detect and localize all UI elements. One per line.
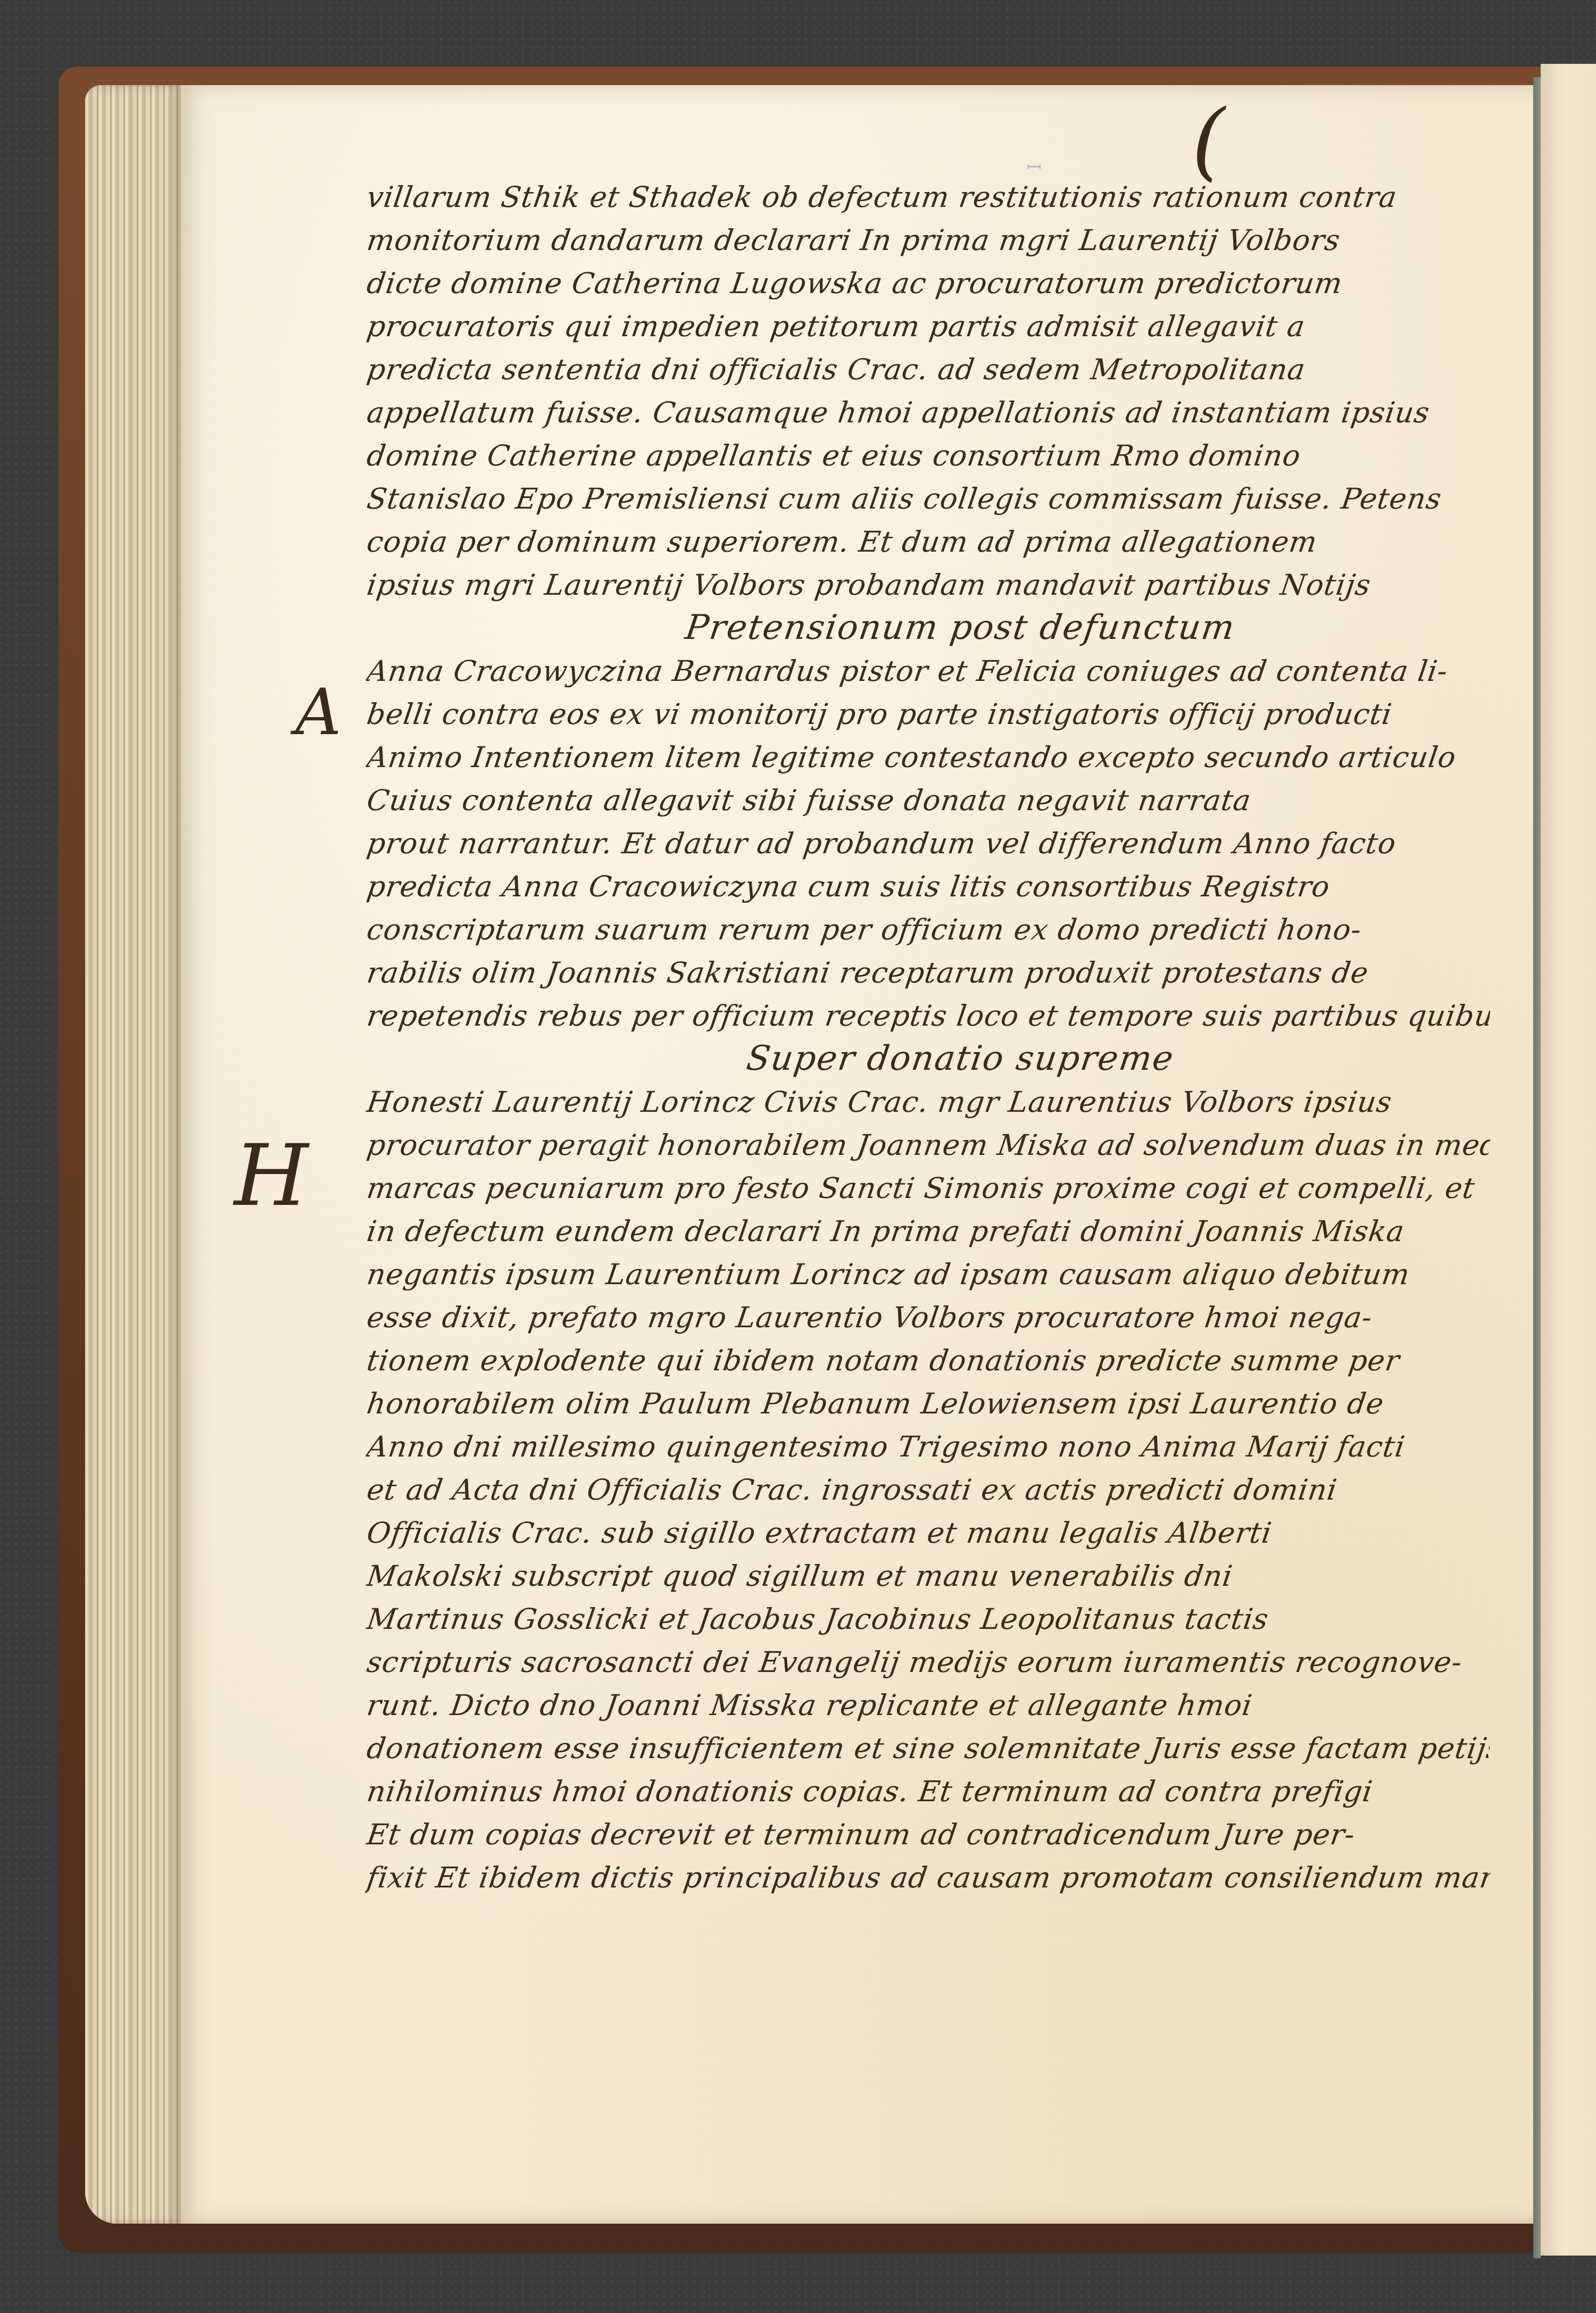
text-line: domine Catherine appellantis et eius con… bbox=[364, 434, 1492, 477]
margin-bracket-mark: ( bbox=[1192, 90, 1225, 190]
decorated-initial-h: H bbox=[234, 1133, 309, 1218]
text-line: Honesti Laurentij Lorincz Civis Crac. mg… bbox=[364, 1080, 1492, 1124]
text-line: negantis ipsum Laurentium Lorincz ad ips… bbox=[364, 1253, 1492, 1296]
text-line: scripturis sacrosancti dei Evangelij med… bbox=[364, 1641, 1492, 1684]
text-line: Anna Cracowyczina Bernardus pistor et Fe… bbox=[364, 650, 1492, 693]
section-3: Super donatio supreme Honesti Laurentij … bbox=[367, 1037, 1490, 1899]
text-line: predicta Anna Cracowiczyna cum suis liti… bbox=[364, 865, 1492, 908]
section-heading: Pretensionum post defunctum bbox=[364, 606, 1492, 650]
text-line: marcas pecuniarum pro festo Sancti Simon… bbox=[364, 1167, 1492, 1210]
text-line: fixit Et ibidem dictis principalibus ad … bbox=[364, 1856, 1492, 1899]
text-line: Makolski subscript quod sigillum et manu… bbox=[364, 1554, 1492, 1598]
text-line: repetendis rebus per officium receptis l… bbox=[364, 994, 1492, 1037]
text-line: tionem explodente qui ibidem notam donat… bbox=[364, 1339, 1492, 1382]
section-2: Pretensionum post defunctum Anna Cracowy… bbox=[367, 606, 1490, 1037]
section-heading: Super donatio supreme bbox=[364, 1037, 1492, 1080]
text-line: villarum Sthik et Sthadek ob defectum re… bbox=[364, 176, 1492, 219]
text-line: Cuius contenta allegavit sibi fuisse don… bbox=[364, 779, 1492, 822]
text-line: procuratoris qui impedien petitorum part… bbox=[364, 305, 1492, 348]
manuscript-text: villarum Sthik et Sthadek ob defectum re… bbox=[367, 176, 1490, 1899]
text-line: in defectum eundem declarari In prima pr… bbox=[364, 1210, 1492, 1253]
text-line: runt. Dicto dno Joanni Misska replicante… bbox=[364, 1684, 1492, 1727]
text-line: Animo Intentionem litem legitime contest… bbox=[364, 736, 1492, 779]
book-gutter bbox=[1533, 77, 1541, 2258]
text-line: appellatum fuisse. Causamque hmoi appell… bbox=[364, 391, 1492, 434]
text-line: monitorium dandarum declarari In prima m… bbox=[364, 219, 1492, 262]
text-line: procurator peragit honorabilem Joannem M… bbox=[364, 1124, 1492, 1167]
text-line: Et dum copias decrevit et terminum ad co… bbox=[364, 1813, 1492, 1856]
text-line: Officialis Crac. sub sigillo extractam e… bbox=[364, 1511, 1492, 1554]
text-line: prout narrantur. Et datur ad probandum v… bbox=[364, 822, 1492, 865]
text-line: donationem esse insufficientem et sine s… bbox=[364, 1727, 1492, 1770]
facing-page-edge bbox=[1541, 64, 1596, 2256]
text-line: rabilis olim Joannis Sakristiani recepta… bbox=[364, 951, 1492, 994]
text-line: dicte domine Catherina Lugowska ac procu… bbox=[364, 262, 1492, 305]
text-line: predicta sententia dni officialis Crac. … bbox=[364, 348, 1492, 391]
text-line: Martinus Gosslicki et Jacobus Jacobinus … bbox=[364, 1598, 1492, 1641]
page-fore-edge bbox=[85, 85, 181, 2224]
text-line: belli contra eos ex vi monitorij pro par… bbox=[364, 693, 1492, 736]
text-line: conscriptarum suarum rerum per officium … bbox=[364, 908, 1492, 951]
text-line: honorabilem olim Paulum Plebanum Lelowie… bbox=[364, 1382, 1492, 1425]
section-1: villarum Sthik et Sthadek ob defectum re… bbox=[367, 176, 1490, 606]
text-line: Stanislao Epo Premisliensi cum aliis col… bbox=[364, 477, 1492, 520]
text-line: ipsius mgri Laurentij Volbors probandam … bbox=[364, 563, 1492, 606]
text-line: esse dixit, prefato mgro Laurentio Volbo… bbox=[364, 1296, 1492, 1339]
text-line: Anno dni millesimo quingentesimo Trigesi… bbox=[364, 1425, 1492, 1468]
text-line: copia per dominum superiorem. Et dum ad … bbox=[364, 520, 1492, 563]
decorated-initial-a: A bbox=[295, 681, 342, 745]
text-line: et ad Acta dni Officialis Crac. ingrossa… bbox=[364, 1468, 1492, 1511]
text-line: nihilominus hmoi donationis copias. Et t… bbox=[364, 1770, 1492, 1813]
